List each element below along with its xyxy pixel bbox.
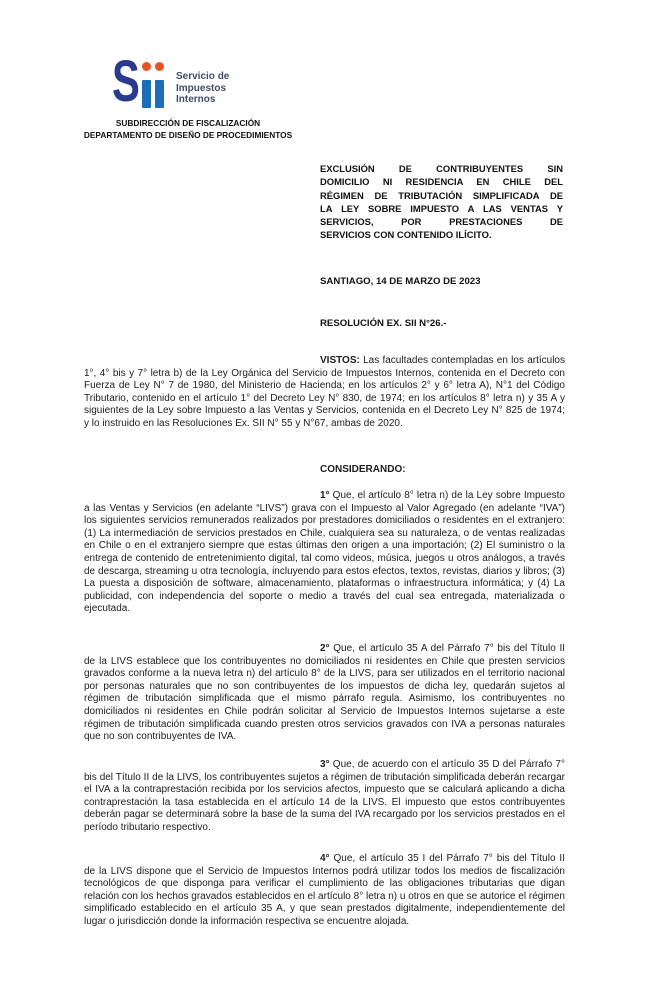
title-line: EXCLUSIÓN DE CONTRIBUYENTES SIN [320,162,563,175]
vistos-paragraph: VISTOS: Las facultades contempladas en l… [84,355,565,431]
paragraph-text: Que, el artículo 8° letra n) de la Ley s… [84,490,565,614]
vistos-label: VISTOS: [320,355,360,366]
departamento-line: DEPARTAMENTO DE DISEÑO DE PROCEDIMIENTOS [76,129,300,141]
logo-wordmark-line: Impuestos [176,83,229,95]
paragraph-text: Que, el artículo 35 I del Párrafo 7° bis… [84,853,565,927]
title-line: SERVICIOS CON CONTENIDO ILÍCITO. [320,228,563,241]
title-line: RÉGIMEN DE TRIBUTACIÓN SIMPLIFICADA DE [320,189,563,202]
title-line: SERVICIOS, POR PRESTACIONES DE [320,215,563,228]
paragraph-number: 3° [320,759,330,770]
department-header: SUBDIRECCIÓN DE FISCALIZACIÓN DEPARTAMEN… [76,117,300,141]
paragraph-number: 2° [320,643,330,654]
sii-logo-s-letter: S [112,53,140,111]
paragraph-number: 1° [320,490,330,501]
paragraph-number: 4° [320,853,330,864]
sii-logo-wordmark: Servicio de Impuestos Internos [176,71,229,106]
vistos-text: Las facultades contempladas en los artíc… [84,355,565,429]
sii-logo-i-dot-icon [142,62,151,71]
subdireccion-line: SUBDIRECCIÓN DE FISCALIZACIÓN [76,117,300,129]
considerando-heading: CONSIDERANDO: [84,464,565,477]
sii-logo-i-stem [142,80,151,108]
document-page: S Servicio de Impuestos Internos SUBDIRE… [0,0,655,1000]
sii-logo-i-dot-icon [155,62,164,71]
logo-wordmark-line: Internos [176,94,229,106]
sii-logo-i-stem [155,80,164,108]
considerando-paragraph-2: 2° Que, el artículo 35 A del Párrafo 7° … [84,643,565,744]
resolution-number: RESOLUCIÓN EX. SII N°26.- [320,318,446,329]
considerando-paragraph-3: 3° Que, de acuerdo con el artículo 35 D … [84,759,565,835]
logo-wordmark-line: Servicio de [176,71,229,83]
document-title: EXCLUSIÓN DE CONTRIBUYENTES SIN DOMICILI… [320,162,563,242]
title-line: DOMICILIO NI RESIDENCIA EN CHILE DEL [320,175,563,188]
title-line: LA LEY SOBRE IMPUESTO A LAS VENTAS Y [320,202,563,215]
considerando-paragraph-1: 1° Que, el artículo 8° letra n) de la Le… [84,490,565,616]
paragraph-text: Que, de acuerdo con el artículo 35 D del… [84,759,565,833]
paragraph-text: Que, el artículo 35 A del Párrafo 7° bis… [84,643,565,742]
date-line: SANTIAGO, 14 DE MARZO DE 2023 [320,276,480,287]
considerando-paragraph-4: 4° Que, el artículo 35 I del Párrafo 7° … [84,853,565,929]
